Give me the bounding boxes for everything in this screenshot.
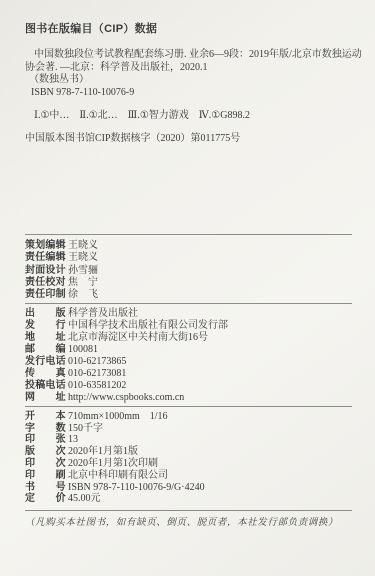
printing-label: 印 刷 [25,470,68,482]
printing-row: 字 数 150千字 [25,423,352,435]
divider [25,510,352,511]
website-url: http://www.cspbooks.com.cn [68,392,184,404]
book-number: ISBN 978-7-110-10076-9/G·4240 [68,482,205,494]
cip-description: 中国数独段位考试教程配套练习册. 业余6—9段：2019年版/北京市数独运动 协… [25,49,352,99]
classification-line: Ⅰ.①中… Ⅱ.①北… Ⅲ.①智力游戏 Ⅳ.①G898.2 [25,110,352,123]
credit-value: 王晓义 [68,240,98,252]
divider [25,234,352,235]
publication-value: 010-62173081 [68,368,126,380]
printing-row: 版 次 2020年1月第1版 [25,446,352,458]
credit-row: 封面设计 孙雪骊 [25,265,352,277]
publication-label: 传 真 [25,368,68,380]
printing-label: 字 数 [25,423,68,435]
printing-row: 书 号 ISBN 978-7-110-10076-9/G·4240 [25,482,352,494]
printing-value: 2020年1月第1次印刷 [68,458,158,470]
copyright-page: 图书在版编目（CIP）数据 中国数独段位考试教程配套练习册. 业余6—9段：20… [0,0,375,576]
printing-row: 印 张 13 [25,434,352,446]
publication-value: 北京市海淀区中关村南大街16号 [68,332,208,344]
printing-label: 印 次 [25,458,68,470]
publication-row: 邮 编 100081 [25,344,352,356]
printing-value: 710mm×1000mm 1/16 [68,411,168,423]
cip-line: 协会著. —北京：科学普及出版社，2020.1 [25,62,352,75]
series-title: （数独丛书） [25,74,352,87]
printing-row: 印 次 2020年1月第1次印刷 [25,458,352,470]
publication-label: 发 行 [25,320,68,332]
divider [25,303,352,304]
credit-row: 责任校对 焦 宁 [25,277,352,289]
publication-label: 邮 编 [25,344,68,356]
cip-record-number: 中国版本图书馆CIP数据核字（2020）第011775号 [25,133,352,146]
publication-row: 地 址 北京市海淀区中关村南大街16号 [25,332,352,344]
publication-label: 出 版 [25,308,68,320]
credit-label: 责任校对 [25,277,68,289]
credit-label: 封面设计 [25,265,68,277]
publication-value: 中国科学技术出版社有限公司发行部 [68,320,228,332]
printing-value: 北京中科印刷有限公司 [68,470,168,482]
publication-row: 投稿电话 010-63581202 [25,380,352,392]
publication-value: 科学普及出版社 [68,308,138,320]
publication-value: 100081 [68,344,98,356]
publication-label: 地 址 [25,332,68,344]
publication-row: 出 版 科学普及出版社 [25,308,352,320]
publication-section: 出 版 科学普及出版社 发 行 中国科学技术出版社有限公司发行部 地 址 北京市… [25,308,352,403]
credit-row: 责任印制 徐 飞 [25,289,352,301]
publication-label: 网 址 [25,392,68,404]
credit-value: 焦 宁 [68,277,98,289]
credit-value: 孙雪骊 [68,265,98,277]
credit-value: 王晓义 [68,252,98,264]
printing-label: 书 号 [25,482,68,494]
isbn-line: ISBN 978-7-110-10076-9 [25,87,352,100]
divider [25,406,352,407]
printing-row: 开 本 710mm×1000mm 1/16 [25,411,352,423]
publication-value: 010-62173865 [68,356,126,368]
credit-label: 策划编辑 [25,240,68,252]
printing-value: 150千字 [68,423,103,435]
credit-row: 策划编辑 王晓义 [25,240,352,252]
printing-row: 定 价 45.00元 [25,493,352,505]
publication-row: 网 址 http://www.cspbooks.com.cn [25,392,352,404]
credit-label: 责任印制 [25,289,68,301]
cip-heading: 图书在版编目（CIP）数据 [25,23,352,36]
printing-value: 2020年1月第1版 [68,446,138,458]
printing-row: 印 刷 北京中科印刷有限公司 [25,470,352,482]
printing-label: 版 次 [25,446,68,458]
printing-label: 定 价 [25,493,68,505]
credit-value: 徐 飞 [68,289,98,301]
publication-label: 发行电话 [25,356,68,368]
printing-label: 印 张 [25,434,68,446]
publication-row: 传 真 010-62173081 [25,368,352,380]
credits-section: 策划编辑 王晓义 责任编辑 王晓义 封面设计 孙雪骊 责任校对 焦 宁 责任印制… [25,240,352,301]
printing-section: 开 本 710mm×1000mm 1/16 字 数 150千字 印 张 13 版… [25,411,352,505]
printing-value: 13 [68,434,78,446]
publication-row: 发 行 中国科学技术出版社有限公司发行部 [25,320,352,332]
replacement-notice: （凡购买本社图书，如有缺页、倒页、脱页者，本社发行部负责调换） [25,517,352,530]
publication-value: 010-63581202 [68,380,126,392]
cip-line: 中国数独段位考试教程配套练习册. 业余6—9段：2019年版/北京市数独运动 [25,49,352,62]
publication-label: 投稿电话 [25,380,68,392]
credit-row: 责任编辑 王晓义 [25,252,352,264]
price-value: 45.00元 [68,493,101,505]
printing-label: 开 本 [25,411,68,423]
credit-label: 责任编辑 [25,252,68,264]
publication-row: 发行电话 010-62173865 [25,356,352,368]
